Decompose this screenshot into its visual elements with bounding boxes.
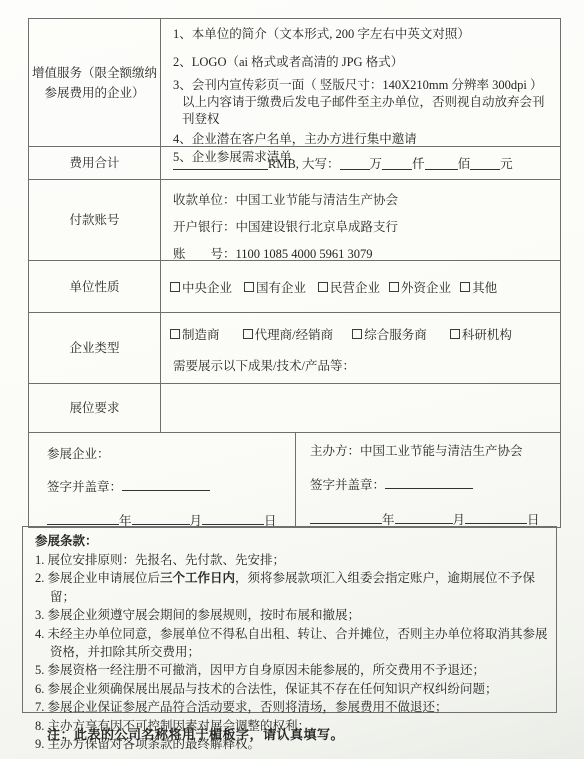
exhibition-terms-box: 参展条款： 1. 展位安排原则：先报名、先付款、先安排； 2. 参展企业申请展位…	[22, 526, 557, 713]
company-type-content: 制造商 代理商/经销商 综合服务商 科研机构 需要展示以下成果/技术/产品等：	[161, 313, 560, 383]
checkbox-option-service-provider[interactable]: 综合服务商	[352, 325, 427, 343]
year-label: 年	[382, 513, 395, 527]
value-added-content: 1、本单位的简介（文本形式, 200 字左右中英文对照） 2、LOGO（ai 格…	[161, 19, 560, 146]
fee-unit-yuan: 元	[500, 154, 513, 172]
value-added-item-1: 1、本单位的简介（文本形式, 200 字左右中英文对照）	[173, 26, 554, 43]
organizer-signature-cell: 主办方：中国工业节能与清洁生产协会 签字并盖章： 年月日	[296, 433, 560, 527]
value-added-item-3-note: 以上内容请于缴费后发电子邮件至主办单位，否则视自动放弃会刊刊登权	[173, 94, 554, 128]
checkbox-option-state-owned[interactable]: 国有企业	[244, 278, 306, 296]
value-added-label-line1: 增值服务（限全额缴纳	[32, 63, 157, 83]
option-label: 制造商	[182, 325, 220, 343]
exhibitor-sign-seal-label: 签字并盖章：	[47, 480, 122, 494]
term-item-7: 7. 参展企业保证参展产品符合活动要求，否则将清场，参展费用不做退还；	[35, 698, 548, 716]
checkbox-option-foreign[interactable]: 外资企业	[389, 278, 451, 296]
option-label: 综合服务商	[364, 325, 427, 343]
value-added-item-4: 4、企业潜在客户名单，主办方进行集中邀请	[173, 131, 554, 148]
option-label: 中央企业	[182, 278, 232, 296]
payment-account-content: 收款单位：中国工业节能与清洁生产协会 开户银行：中国建设银行北京阜成路支行 账 …	[161, 180, 560, 260]
checkbox-icon[interactable]	[352, 329, 362, 339]
organizer-month-blank[interactable]	[395, 511, 453, 524]
checkbox-icon[interactable]	[244, 282, 254, 292]
organizer-label: 主办方：中国工业节能与清洁生产协会	[310, 441, 560, 459]
fee-amount-blank[interactable]	[173, 157, 268, 170]
org-nature-options: 中央企业 国有企业 民营企业 外资企业 其他	[161, 261, 560, 312]
exhibitor-sign-blank[interactable]	[122, 478, 210, 491]
checkbox-icon[interactable]	[318, 282, 328, 292]
checkbox-option-research-institute[interactable]: 科研机构	[450, 325, 512, 343]
checkbox-icon[interactable]	[243, 329, 253, 339]
checkbox-icon[interactable]	[450, 329, 460, 339]
row-value-added-services: 增值服务（限全额缴纳 参展费用的企业） 1、本单位的简介（文本形式, 200 字…	[29, 19, 560, 147]
month-label: 月	[453, 513, 466, 527]
organizer-sign-blank[interactable]	[385, 476, 473, 489]
fee-rmb-label: RMB, 大写：	[268, 154, 340, 172]
fee-yuan-blank[interactable]	[470, 157, 500, 170]
exhibitor-signature-cell: 参展企业： 签字并盖章： 年月日	[29, 433, 296, 527]
checkbox-option-agent-distributor[interactable]: 代理商/经销商	[243, 325, 333, 343]
row-payment-account: 付款账号 收款单位：中国工业节能与清洁生产协会 开户银行：中国建设银行北京阜成路…	[29, 180, 560, 261]
organizer-day-blank[interactable]	[465, 511, 527, 524]
display-requirement-line: 需要展示以下成果/技术/产品等：	[170, 356, 554, 374]
organizer-sign-seal-label: 签字并盖章：	[310, 478, 385, 492]
terms-title: 参展条款：	[35, 532, 548, 551]
booth-requirement-label: 展位要求	[29, 384, 161, 432]
payment-account-label: 付款账号	[29, 180, 161, 260]
bank-line: 开户银行：中国建设银行北京阜成路支行	[173, 214, 554, 241]
checkbox-option-manufacturer[interactable]: 制造商	[170, 325, 220, 343]
fee-total-content: RMB, 大写： 万 仟 佰 元	[161, 147, 560, 179]
checkbox-icon[interactable]	[170, 282, 180, 292]
option-label: 外资企业	[401, 278, 451, 296]
fee-wan-blank[interactable]	[340, 157, 370, 170]
option-label: 其他	[472, 278, 497, 296]
fee-unit-wan: 万	[370, 154, 383, 172]
exhibitor-month-blank[interactable]	[132, 512, 190, 525]
row-signatures: 参展企业： 签字并盖章： 年月日 主办方：中国工业节能与清洁生产协会 签字并盖章…	[29, 433, 560, 527]
fee-qian-blank[interactable]	[382, 157, 412, 170]
exhibitor-year-blank[interactable]	[47, 512, 119, 525]
company-type-options: 制造商 代理商/经销商 综合服务商 科研机构	[170, 325, 554, 343]
checkbox-icon[interactable]	[460, 282, 470, 292]
term-item-3: 3. 参展企业须遵守展会期间的参展规则，按时布展和撤展；	[35, 606, 548, 624]
payee-line: 收款单位：中国工业节能与清洁生产协会	[173, 187, 554, 214]
checkbox-icon[interactable]	[170, 329, 180, 339]
fee-unit-qian: 仟	[412, 154, 425, 172]
term-item-4: 4. 未经主办单位同意，参展单位不得私自出租、转让、合并摊位，否则主办单位将取消…	[35, 625, 548, 662]
fee-bai-blank[interactable]	[425, 157, 458, 170]
exhibitor-label: 参展企业：	[47, 444, 295, 462]
term-item-6: 6. 参展企业须确保展出展品与技术的合法性，保证其不存在任何知识产权纠纷问题；	[35, 680, 548, 698]
term-item-5: 5. 参展资格一经注册不可撤消，因甲方自身原因未能参展的，所交费用不予退还；	[35, 661, 548, 679]
exhibitor-day-blank[interactable]	[202, 512, 264, 525]
row-org-nature: 单位性质 中央企业 国有企业 民营企业 外资企业 其他	[29, 261, 560, 313]
org-nature-label: 单位性质	[29, 261, 161, 312]
company-type-label: 企业类型	[29, 313, 161, 383]
option-label: 科研机构	[462, 325, 512, 343]
option-label: 民营企业	[330, 278, 380, 296]
checkbox-icon[interactable]	[389, 282, 399, 292]
term-item-2: 2. 参展企业申请展位后三个工作日内，须将参展款项汇入组委会指定账户，逾期展位不…	[35, 569, 548, 606]
fee-total-label: 费用合计	[29, 147, 161, 179]
organizer-year-blank[interactable]	[310, 511, 382, 524]
row-fee-total: 费用合计 RMB, 大写： 万 仟 佰 元	[29, 147, 560, 180]
option-label: 国有企业	[256, 278, 306, 296]
term-item-1: 1. 展位安排原则：先报名、先付款、先安排；	[35, 551, 548, 569]
exhibition-form-table: 增值服务（限全额缴纳 参展费用的企业） 1、本单位的简介（文本形式, 200 字…	[28, 18, 561, 528]
booth-requirement-input-area[interactable]	[161, 384, 560, 432]
day-label: 日	[527, 513, 540, 527]
value-added-item-3: 3、会刊内宣传彩页一面（ 竖版尺寸：140X210mm 分辨率 300dpi ）	[173, 77, 554, 94]
checkbox-option-private[interactable]: 民营企业	[318, 278, 380, 296]
value-added-label: 增值服务（限全额缴纳 参展费用的企业）	[29, 19, 161, 146]
value-added-label-line2: 参展费用的企业）	[44, 83, 144, 103]
value-added-item-2: 2、LOGO（ai 格式或者高清的 JPG 格式）	[173, 54, 554, 71]
fee-unit-bai: 佰	[458, 154, 471, 172]
row-company-type: 企业类型 制造商 代理商/经销商 综合服务商 科研机构 需要展示以下成果/技术/…	[29, 313, 560, 384]
company-name-note: 注：此表的公司名称将用于楣板字，请认真填写。	[47, 724, 344, 743]
row-booth-requirement: 展位要求	[29, 384, 560, 433]
option-label: 代理商/经销商	[255, 325, 333, 343]
checkbox-option-other[interactable]: 其他	[460, 278, 497, 296]
checkbox-option-central-enterprise[interactable]: 中央企业	[170, 278, 232, 296]
